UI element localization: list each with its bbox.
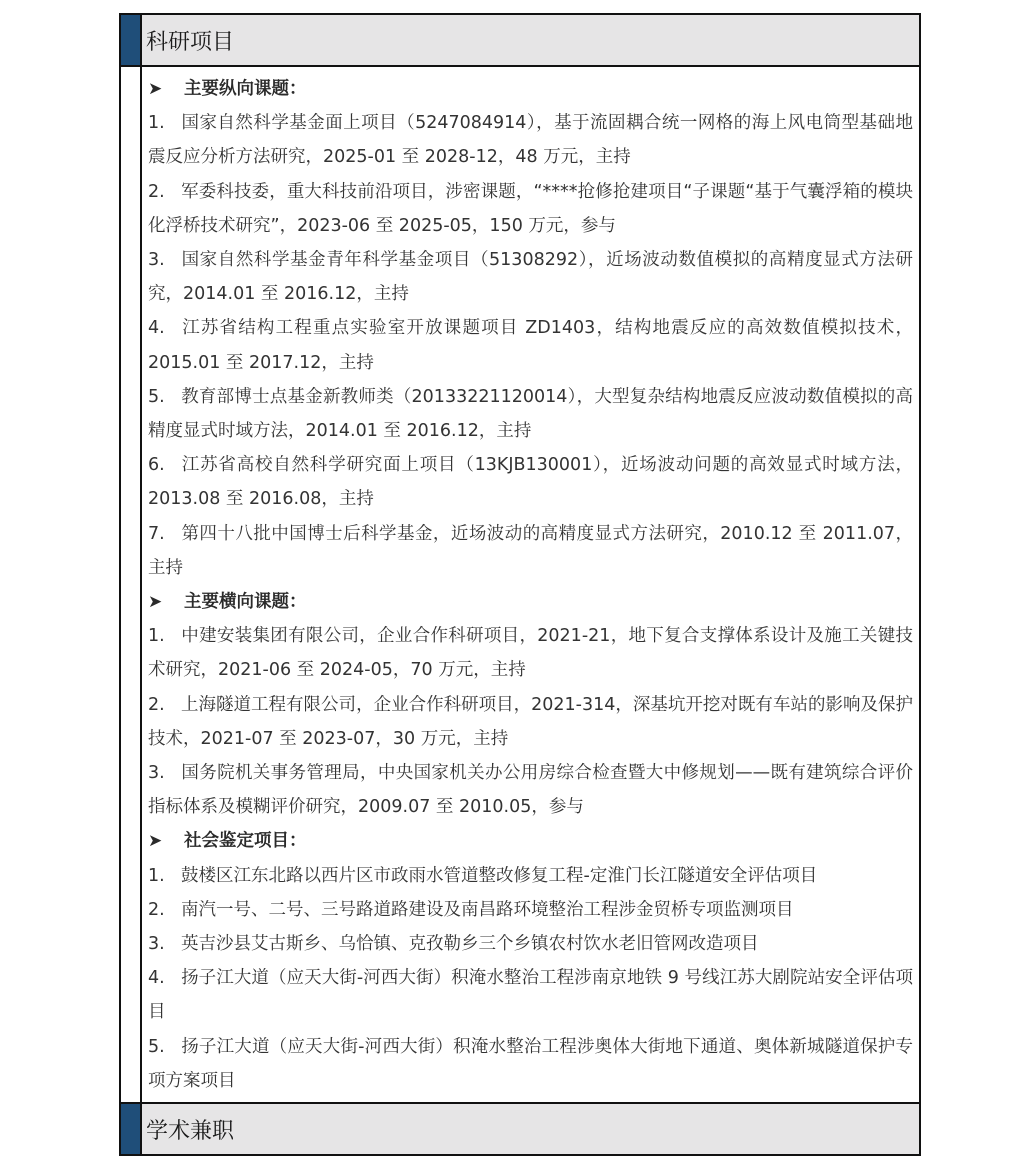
- item-text: 国家自然科学基金面上项目（5247084914），基于流固耦合统一网格的海上风电…: [148, 113, 913, 167]
- item-number: 2.: [148, 688, 181, 722]
- list-item: 2.南汽一号、二号、三号路道路建设及南昌路环境整治工程涉金贸桥专项监测项目: [148, 893, 913, 927]
- list-item: 5.教育部博士点基金新教师类（20133221120014），大型复杂结构地震反…: [148, 380, 913, 448]
- item-number: 2.: [148, 893, 181, 927]
- group-heading: ➤ 主要纵向课题：: [148, 72, 913, 106]
- item-text: 国家自然科学基金青年科学基金项目（51308292），近场波动数值模拟的高精度显…: [148, 250, 913, 304]
- list-item: 3.国务院机关事务管理局，中央国家机关办公用房综合检查暨大中修规划——既有建筑综…: [148, 756, 913, 824]
- group-heading-text: 主要横向课题：: [184, 585, 307, 619]
- arrowhead-bullet-icon: ➤: [148, 72, 184, 106]
- section-body-research: ➤ 主要纵向课题： 1.国家自然科学基金面上项目（5247084914），基于流…: [121, 65, 919, 1102]
- item-number: 5.: [148, 1030, 181, 1064]
- section-title: 科研项目: [142, 15, 919, 65]
- item-number: 1.: [148, 859, 181, 893]
- section-header-research: 科研项目: [121, 15, 919, 65]
- item-number: 1.: [148, 619, 181, 653]
- list-item: 3.英吉沙县艾古斯乡、乌恰镇、克孜勒乡三个乡镇农村饮水老旧管网改造项目: [148, 927, 913, 961]
- item-text: 英吉沙县艾古斯乡、乌恰镇、克孜勒乡三个乡镇农村饮水老旧管网改造项目: [181, 934, 759, 954]
- item-text: 南汽一号、二号、三号路道路建设及南昌路环境整治工程涉金贸桥专项监测项目: [181, 900, 794, 920]
- list-item: 2.军委科技委，重大科技前沿项目，涉密课题，“****抢修抢建项目“子课题“基于…: [148, 175, 913, 243]
- item-number: 2.: [148, 175, 181, 209]
- list-item: 2.上海隧道工程有限公司，企业合作科研项目，2021-314，深基坑开挖对既有车…: [148, 688, 913, 756]
- item-text: 第四十八批中国博士后科学基金，近场波动的高精度显式方法研究，2010.12 至 …: [148, 524, 913, 578]
- section-header-academic-positions: 学术兼职: [121, 1102, 919, 1154]
- item-text: 江苏省结构工程重点实验室开放课题项目 ZD1403，结构地震反应的高效数值模拟技…: [148, 318, 913, 372]
- section-title: 学术兼职: [142, 1104, 919, 1154]
- item-number: 7.: [148, 517, 181, 551]
- item-number: 3.: [148, 927, 181, 961]
- list-item: 6.江苏省高校自然科学研究面上项目（13KJB130001），近场波动问题的高效…: [148, 448, 913, 516]
- arrowhead-bullet-icon: ➤: [148, 824, 184, 858]
- cv-table: 科研项目 ➤ 主要纵向课题： 1.国家自然科学基金面上项目（5247084914…: [119, 13, 921, 1156]
- arrowhead-bullet-icon: ➤: [148, 585, 184, 619]
- list-item: 7.第四十八批中国博士后科学基金，近场波动的高精度显式方法研究，2010.12 …: [148, 517, 913, 585]
- group-heading-text: 主要纵向课题：: [184, 72, 307, 106]
- list-item: 1.中建安装集团有限公司，企业合作科研项目，2021-21，地下复合支撑体系设计…: [148, 619, 913, 687]
- accent-bar: [121, 15, 142, 65]
- group-heading: ➤ 社会鉴定项目：: [148, 824, 913, 858]
- item-text: 鼓楼区江东北路以西片区市政雨水管道整改修复工程-定淮门长江隧道安全评估项目: [181, 866, 817, 886]
- item-text: 扬子江大道（应天大街-河西大街）积淹水整治工程涉南京地铁 9 号线江苏大剧院站安…: [148, 968, 913, 1022]
- group-heading-text: 社会鉴定项目：: [184, 824, 307, 858]
- gutter: [121, 67, 142, 1102]
- list-item: 3.国家自然科学基金青年科学基金项目（51308292），近场波动数值模拟的高精…: [148, 243, 913, 311]
- list-item: 4.江苏省结构工程重点实验室开放课题项目 ZD1403，结构地震反应的高效数值模…: [148, 311, 913, 379]
- list-item: 1.鼓楼区江东北路以西片区市政雨水管道整改修复工程-定淮门长江隧道安全评估项目: [148, 859, 913, 893]
- list-item: 1.国家自然科学基金面上项目（5247084914），基于流固耦合统一网格的海上…: [148, 106, 913, 174]
- list-item: 5.扬子江大道（应天大街-河西大街）积淹水整治工程涉奥体大街地下通道、奥体新城隧…: [148, 1030, 913, 1098]
- group-heading: ➤ 主要横向课题：: [148, 585, 913, 619]
- item-text: 国务院机关事务管理局，中央国家机关办公用房综合检查暨大中修规划——既有建筑综合评…: [148, 763, 913, 817]
- item-text: 江苏省高校自然科学研究面上项目（13KJB130001），近场波动问题的高效显式…: [148, 455, 913, 509]
- item-number: 1.: [148, 106, 181, 140]
- item-text: 上海隧道工程有限公司，企业合作科研项目，2021-314，深基坑开挖对既有车站的…: [148, 695, 913, 749]
- item-text: 军委科技委，重大科技前沿项目，涉密课题，“****抢修抢建项目“子课题“基于气囊…: [148, 182, 913, 236]
- item-number: 5.: [148, 380, 181, 414]
- item-text: 教育部博士点基金新教师类（20133221120014），大型复杂结构地震反应波…: [148, 387, 913, 441]
- item-number: 3.: [148, 756, 181, 790]
- accent-bar: [121, 1104, 142, 1154]
- item-number: 4.: [148, 961, 181, 995]
- item-number: 6.: [148, 448, 181, 482]
- item-number: 3.: [148, 243, 181, 277]
- research-content: ➤ 主要纵向课题： 1.国家自然科学基金面上项目（5247084914），基于流…: [142, 67, 919, 1102]
- item-number: 4.: [148, 311, 181, 345]
- list-item: 4.扬子江大道（应天大街-河西大街）积淹水整治工程涉南京地铁 9 号线江苏大剧院…: [148, 961, 913, 1029]
- item-text: 扬子江大道（应天大街-河西大街）积淹水整治工程涉奥体大街地下通道、奥体新城隧道保…: [148, 1037, 913, 1091]
- item-text: 中建安装集团有限公司，企业合作科研项目，2021-21，地下复合支撑体系设计及施…: [148, 626, 913, 680]
